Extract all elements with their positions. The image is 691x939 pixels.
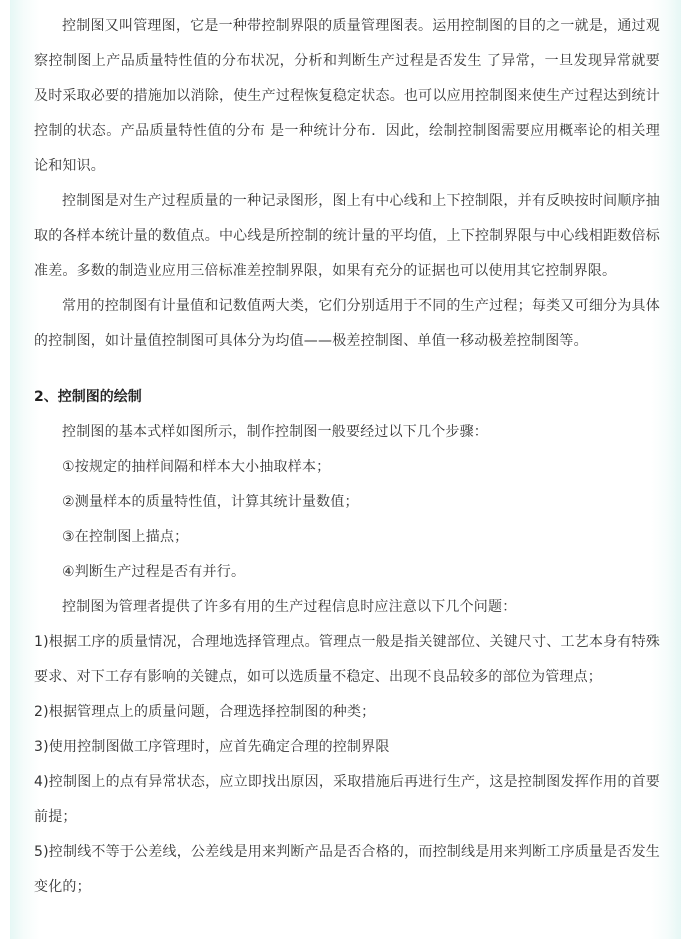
paragraph-structure: 控制图是对生产过程质量的一种记录图形，图上有中心线和上下控制限，并有反映按时间顺… [34, 184, 660, 289]
note-item: 2)根据管理点上的质量问题，合理选择控制图的种类； [34, 695, 660, 730]
section-heading: 2、控制图的绘制 [34, 380, 660, 415]
note-item: 3)使用控制图做工序管理时，应首先确定合理的控制界限 [34, 730, 660, 765]
note-item: 4)控制图上的点有异常状态，应立即找出原因，采取措施后再进行生产，这是控制图发挥… [34, 765, 660, 835]
paragraph-definition: 控制图又叫管理图，它是一种带控制界限的质量管理图表。运用控制图的目的之一就是，通… [34, 9, 660, 184]
step-item: ①按规定的抽样间隔和样本大小抽取样本； [34, 450, 660, 485]
step-item: ②测量样本的质量特性值，计算其统计量数值； [34, 485, 660, 520]
section-spacer [34, 359, 660, 380]
article-content: 控制图又叫管理图，它是一种带控制界限的质量管理图表。运用控制图的目的之一就是，通… [34, 9, 660, 905]
steps-intro: 控制图的基本式样如图所示，制作控制图一般要经过以下几个步骤： [34, 415, 660, 450]
note-item: 1)根据工序的质量情况，合理地选择管理点。管理点一般是指关键部位、关键尺寸、工艺… [34, 625, 660, 695]
notes-intro: 控制图为管理者提供了许多有用的生产过程信息时应注意以下几个问题： [34, 590, 660, 625]
note-item: 5)控制线不等于公差线，公差线是用来判断产品是否合格的，而控制线是用来判断工序质… [34, 835, 660, 905]
step-item: ③在控制图上描点； [34, 520, 660, 555]
step-item: ④判断生产过程是否有并行。 [34, 555, 660, 590]
paragraph-types: 常用的控制图有计量值和记数值两大类，它们分别适用于不同的生产过程；每类又可细分为… [34, 289, 660, 359]
